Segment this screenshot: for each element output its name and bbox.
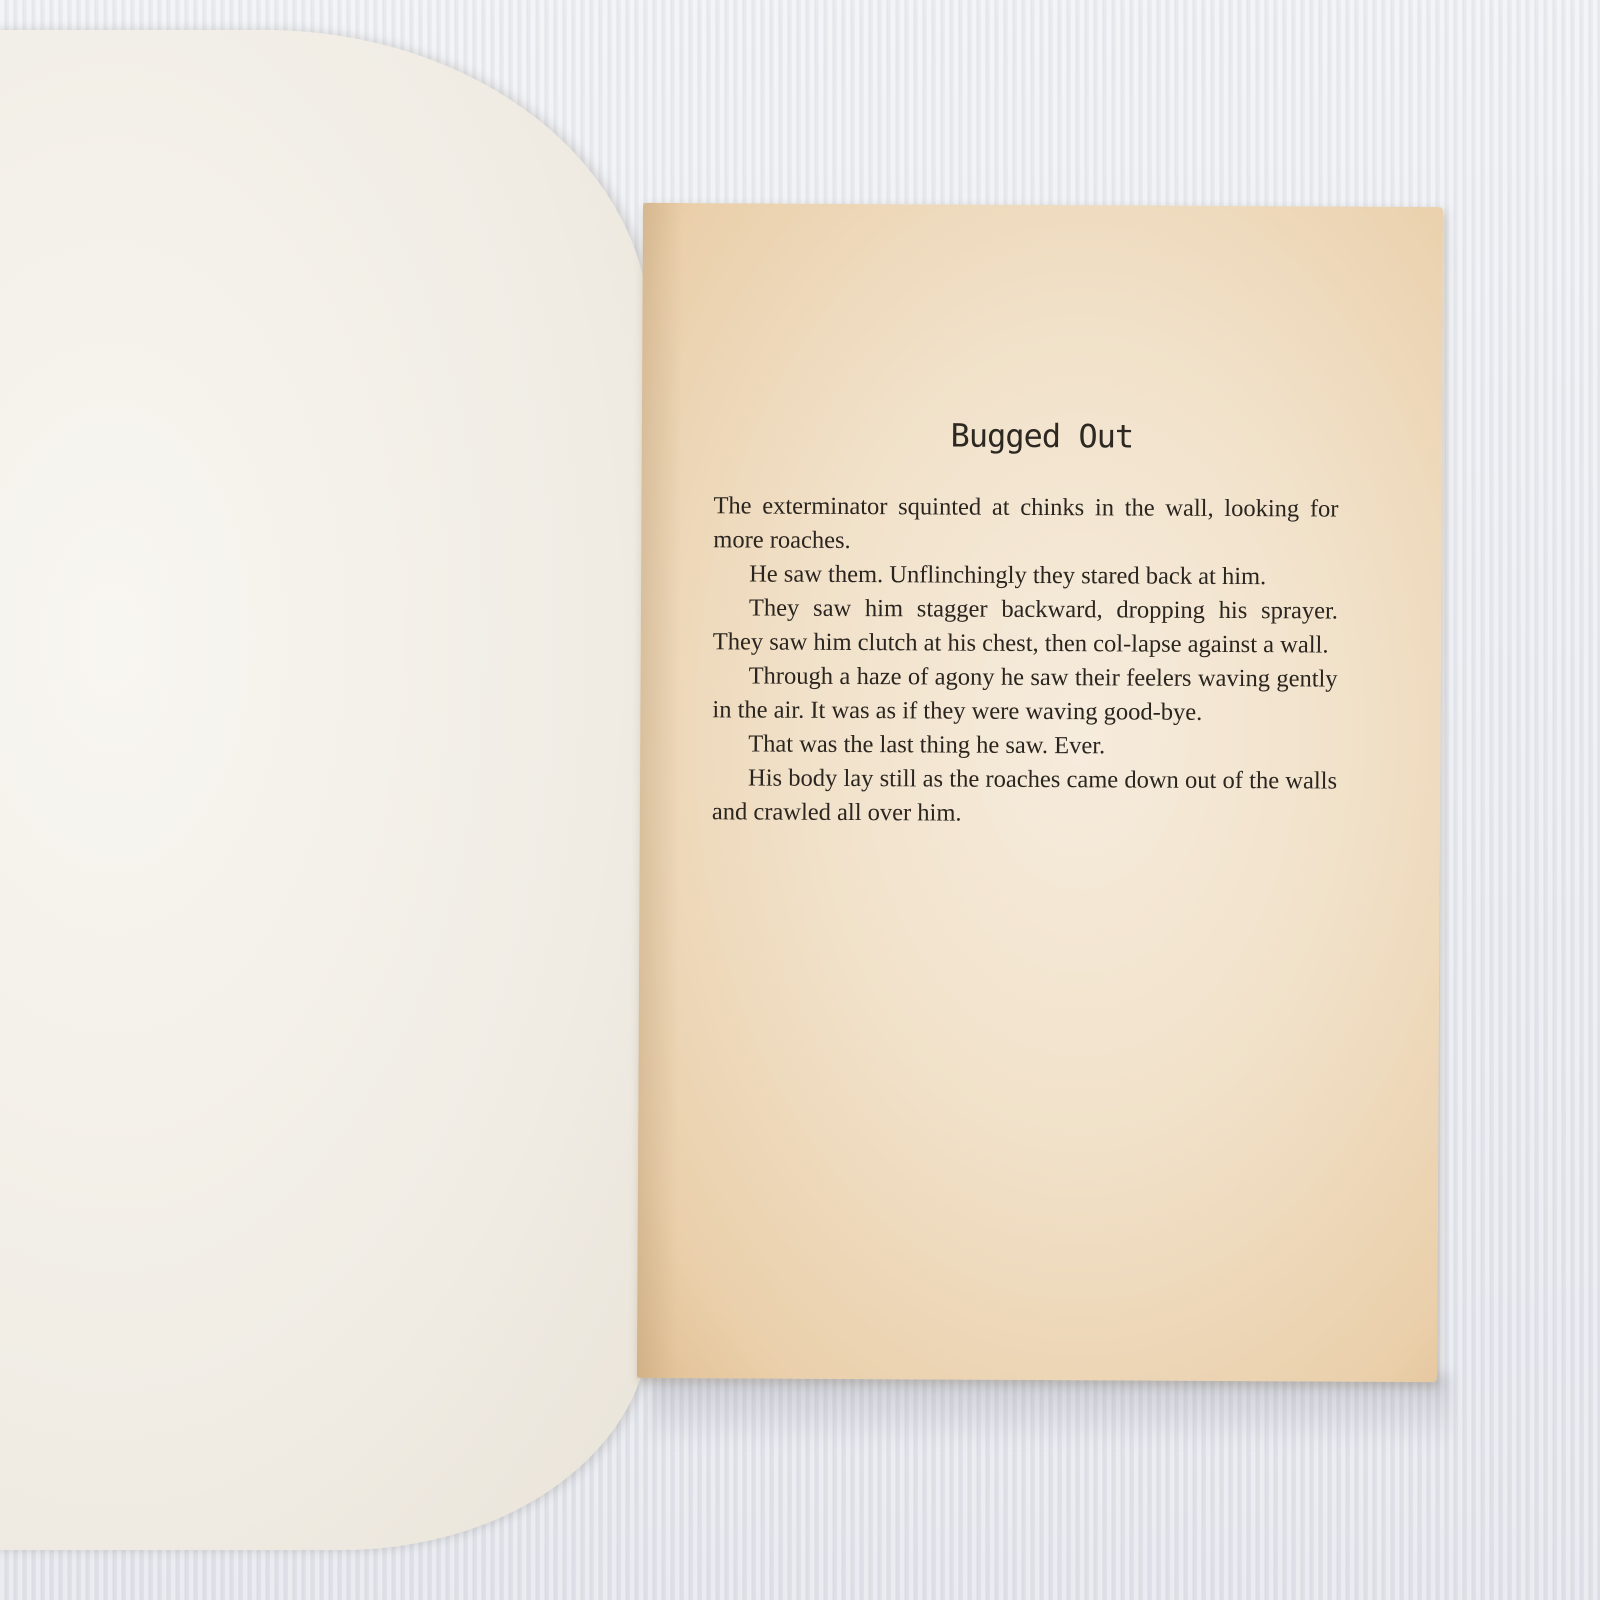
paragraph: His body lay still as the roaches came d… <box>712 761 1337 832</box>
paragraph: They saw him stagger backward, dropping … <box>713 591 1338 662</box>
story-title: Bugged Out <box>642 415 1442 457</box>
book-shadow <box>650 1375 1450 1445</box>
paragraph: The exterminator squinted at chinks in t… <box>713 489 1338 560</box>
story-body: The exterminator squinted at chinks in t… <box>712 489 1339 832</box>
right-page: Bugged Out The exterminator squinted at … <box>637 203 1443 1382</box>
paragraph: He saw them. Unflinchingly they stared b… <box>713 557 1338 594</box>
left-page-blank <box>0 30 650 1550</box>
paragraph: That was the last thing he saw. Ever. <box>712 727 1337 764</box>
paragraph: Through a haze of agony he saw their fee… <box>712 659 1337 730</box>
